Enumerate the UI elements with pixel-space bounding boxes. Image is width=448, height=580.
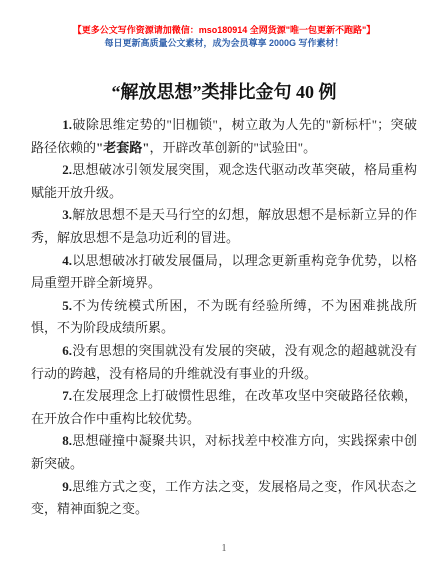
text-segment: 没有思想的突围就没有发展的突破，没有观念的超越就没有行动的跨越，没有格局的升维就… <box>31 343 417 381</box>
text-segment: 4. <box>62 253 72 268</box>
text-segment: 8. <box>62 433 72 448</box>
paragraph-7: 7.在发展理念上打破惯性思维，在改革攻坚中突破路径依赖，在开放合作中重构比较优势… <box>31 385 417 430</box>
document-title: “解放思想”类排比金句 40 例 <box>20 80 428 104</box>
text-segment: 以思想破冰打破发展僵局，以理念更新重构竞争优势，以格局重塑开辟全新境界。 <box>31 253 417 291</box>
text-segment: 2. <box>62 162 72 177</box>
document-page: 【更多公文写作资源请加微信：mso180914 全网货源"唯一包更新不跑路"】 … <box>0 0 448 580</box>
text-segment: "老套路" <box>96 140 149 155</box>
paragraph-1: 1.破除思维定势的"旧枷锁"，树立敢为人先的"新标杆"；突破路径依赖的"老套路"… <box>31 114 417 159</box>
text-segment: 思想破冰引领发展突围，观念迭代驱动改革突破，格局重构赋能开放升级。 <box>31 162 417 200</box>
text-segment: 1. <box>62 117 72 132</box>
paragraph-3: 3.解放思想不是天马行空的幻想，解放思想不是标新立异的作秀，解放思想不是急功近利… <box>31 204 417 249</box>
promo-line-red: 【更多公文写作资源请加微信：mso180914 全网货源"唯一包更新不跑路"】 <box>0 24 448 37</box>
paragraph-8: 8.思想碰撞中凝聚共识，对标找差中校准方向，实践探索中创新突破。 <box>31 430 417 475</box>
text-segment: 7. <box>62 388 72 403</box>
paragraph-5: 5.不为传统模式所困，不为既有经验所缚，不为困难挑战所惧，不为阶段成绩所累。 <box>31 295 417 340</box>
text-segment: 解放思想不是天马行空的幻想，解放思想不是标新立异的作秀，解放思想不是急功近利的冒… <box>31 207 417 245</box>
paragraph-4: 4.以思想破冰打破发展僵局，以理念更新重构竞争优势，以格局重塑开辟全新境界。 <box>31 250 417 295</box>
promo-header: 【更多公文写作资源请加微信：mso180914 全网货源"唯一包更新不跑路"】 … <box>0 0 448 50</box>
paragraph-2: 2.思想破冰引领发展突围，观念迭代驱动改革突破，格局重构赋能开放升级。 <box>31 159 417 204</box>
text-segment: 在发展理念上打破惯性思维，在改革攻坚中突破路径依赖，在开放合作中重构比较优势。 <box>31 388 417 426</box>
page-number: 1 <box>0 543 448 554</box>
text-segment: 6. <box>62 343 72 358</box>
text-segment: 不为传统模式所困，不为既有经验所缚，不为困难挑战所惧，不为阶段成绩所累。 <box>31 298 417 336</box>
text-segment: 思想碰撞中凝聚共识，对标找差中校准方向，实践探索中创新突破。 <box>31 433 417 471</box>
text-segment: 思维方式之变，工作方法之变，发展格局之变，作风状态之变，精神面貌之变。 <box>31 479 417 517</box>
text-segment: 5. <box>62 298 72 313</box>
promo-line-blue: 每日更新高质量公文素材，成为会员尊享 2000G 写作素材！ <box>0 37 448 50</box>
paragraph-9: 9.思维方式之变，工作方法之变，发展格局之变，作风状态之变，精神面貌之变。 <box>31 476 417 521</box>
text-segment: 3. <box>62 207 72 222</box>
text-segment: ，开辟改革创新的"试验田"。 <box>149 140 316 155</box>
text-segment: 9. <box>62 479 72 494</box>
document-body: 1.破除思维定势的"旧枷锁"，树立敢为人先的"新标杆"；突破路径依赖的"老套路"… <box>31 114 417 521</box>
paragraph-6: 6.没有思想的突围就没有发展的突破，没有观念的超越就没有行动的跨越，没有格局的升… <box>31 340 417 385</box>
